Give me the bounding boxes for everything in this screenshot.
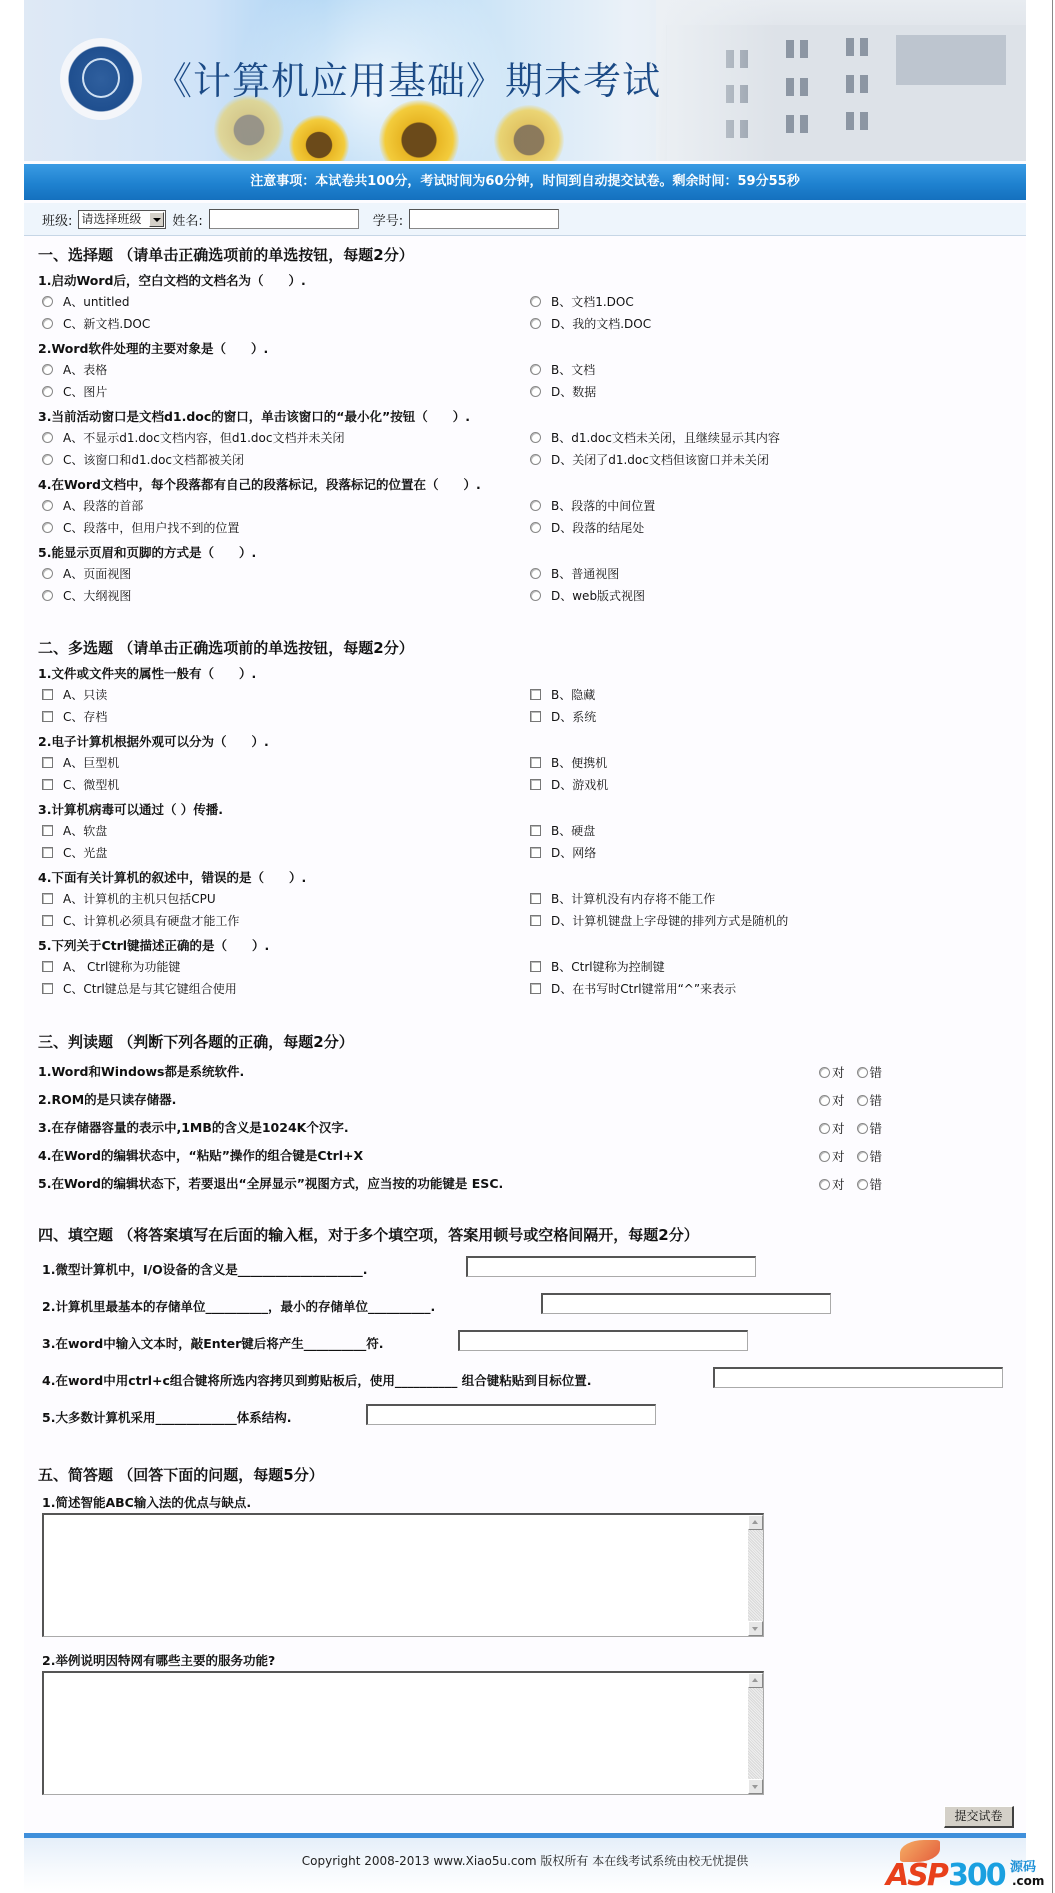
exam-page: 《计算机应用基础》期末考试 注意事项：本试卷共100分，考试时间为60分钟，时间…	[24, 0, 1026, 1893]
header-banner: 《计算机应用基础》期末考试	[24, 0, 1026, 161]
copyright-text: Copyright 2008-2013 www.Xiao5u.com 版权所有 …	[24, 1852, 1026, 1869]
section-title-single-choice: 一、选择题 （请单击正确选项前的单选按钮，每题2分）	[38, 244, 414, 265]
option-d[interactable]: D、关闭了d1.doc文档但该窗口并未关闭	[530, 451, 769, 468]
option-d[interactable]: D、游戏机	[530, 776, 608, 793]
option-d[interactable]: D、计算机键盘上字母键的排列方式是随机的	[530, 912, 788, 929]
radio-button[interactable]	[42, 568, 53, 579]
checkbox[interactable]	[42, 825, 53, 836]
radio-button[interactable]	[530, 522, 541, 533]
question-text: 3.计算机病毒可以通过（ ）传播.	[38, 800, 223, 818]
radio-button[interactable]	[42, 454, 53, 465]
option-c[interactable]: C、图片	[42, 383, 107, 400]
footer: Copyright 2008-2013 www.Xiao5u.com 版权所有 …	[24, 1838, 1026, 1893]
section-hint: （将答案填写在后面的输入框，对于多个填空项，答案用顿号或空格间隔开，每题2分）	[118, 1226, 698, 1244]
answer-textarea[interactable]	[42, 1513, 764, 1637]
student-info-bar: 班级: 请选择班级 姓名: 学号:	[24, 203, 1026, 236]
checkbox[interactable]	[530, 893, 541, 904]
question-text: 3.在word中输入文本时，敲Enter键后将产生__________符.	[42, 1334, 384, 1352]
answer-input[interactable]	[458, 1330, 748, 1351]
true-false-options: 对 错	[819, 1147, 882, 1165]
radio-button[interactable]	[530, 500, 541, 511]
checkbox[interactable]	[530, 847, 541, 858]
radio-button[interactable]	[42, 318, 53, 329]
window-right-border	[1052, 0, 1053, 1893]
campus-building-image	[656, 0, 1026, 161]
radio-true[interactable]	[819, 1179, 830, 1190]
submit-exam-button[interactable]: 提交试卷	[944, 1806, 1014, 1828]
question-text: 3.在存储器容量的表示中,1MB的含义是1024K个汉字.	[38, 1118, 349, 1136]
checkbox[interactable]	[530, 983, 541, 994]
option-b[interactable]: B、文档1.DOC	[530, 293, 634, 310]
student-id-input[interactable]	[409, 209, 559, 229]
answer-input[interactable]	[541, 1293, 831, 1314]
section-title-multi-choice: 二、多选题 （请单击正确选项前的单选按钮，每题2分）	[38, 637, 414, 658]
section-title-true-false: 三、判读题 （判断下列各题的正确，每题2分）	[38, 1031, 354, 1052]
class-select-value: 请选择班级	[81, 212, 141, 226]
answer-textarea[interactable]	[42, 1671, 764, 1795]
radio-false[interactable]	[857, 1067, 868, 1078]
option-a[interactable]: A、页面视图	[42, 565, 131, 582]
checkbox[interactable]	[42, 847, 53, 858]
question-text: 1.微型计算机中，I/O设备的含义是____________________.	[42, 1260, 368, 1278]
question-text: 2.举例说明因特网有哪些主要的服务功能?	[42, 1651, 275, 1669]
question-text: 2.Word软件处理的主要对象是（ ）.	[38, 339, 268, 357]
radio-false[interactable]	[857, 1123, 868, 1134]
checkbox[interactable]	[42, 915, 53, 926]
scroll-up-icon[interactable]	[748, 1673, 763, 1688]
answer-input[interactable]	[466, 1256, 756, 1277]
radio-true[interactable]	[819, 1095, 830, 1106]
radio-button[interactable]	[42, 522, 53, 533]
radio-true[interactable]	[819, 1151, 830, 1162]
checkbox[interactable]	[42, 779, 53, 790]
radio-button[interactable]	[530, 568, 541, 579]
section-hint: （请单击正确选项前的单选按钮，每题2分）	[118, 246, 413, 264]
option-d[interactable]: D、系统	[530, 708, 596, 725]
question-text: 1.启动Word后，空白文档的文档名为（ ）.	[38, 271, 306, 289]
question-text: 4.在Word的编辑状态中，“粘贴”操作的组合键是Ctrl+X	[38, 1146, 363, 1164]
answer-input[interactable]	[713, 1367, 1003, 1388]
student-id-label: 学号:	[373, 210, 403, 229]
question-text: 2.计算机里最基本的存储单位__________，最小的存储单位________…	[42, 1297, 435, 1315]
question-text: 3.当前活动窗口是文档d1.doc的窗口，单击该窗口的“最小化”按钮（ ）.	[38, 407, 470, 425]
option-c[interactable]: C、微型机	[42, 776, 119, 793]
checkbox[interactable]	[530, 711, 541, 722]
radio-button[interactable]	[42, 500, 53, 511]
option-a[interactable]: A、段落的首部	[42, 497, 143, 514]
option-c[interactable]: C、Ctrl键总是与其它键组合使用	[42, 980, 237, 997]
option-a[interactable]: A、计算机的主机只包括CPU	[42, 890, 216, 907]
radio-false[interactable]	[857, 1179, 868, 1190]
sunflower-image	[494, 105, 564, 161]
class-label: 班级:	[42, 210, 72, 229]
option-c[interactable]: C、计算机必须具有硬盘才能工作	[42, 912, 239, 929]
checkbox[interactable]	[530, 779, 541, 790]
question-text: 1.文件或文件夹的属性一般有（ ）.	[38, 664, 256, 682]
section-title-fill-blank: 四、填空题 （将答案填写在后面的输入框，对于多个填空项，答案用顿号或空格间隔开，…	[38, 1224, 699, 1245]
radio-button[interactable]	[530, 386, 541, 397]
option-a[interactable]: A、untitled	[42, 293, 130, 310]
option-d[interactable]: D、在书写时Ctrl键常用“^”来表示	[530, 980, 736, 997]
exam-title: 《计算机应用基础》期末考试	[154, 50, 661, 105]
answer-input[interactable]	[366, 1404, 656, 1425]
scroll-up-icon[interactable]	[748, 1515, 763, 1530]
radio-button[interactable]	[42, 432, 53, 443]
question-text: 5.在Word的编辑状态下，若要退出“全屏显示”视图方式，应当按的功能键是 ES…	[38, 1174, 503, 1192]
section-hint: （回答下面的问题，每题5分）	[118, 1466, 323, 1484]
question-text: 4.下面有关计算机的叙述中，错误的是（ ）.	[38, 868, 306, 886]
radio-button[interactable]	[530, 296, 541, 307]
option-a[interactable]: A、软盘	[42, 822, 107, 839]
chevron-down-icon[interactable]	[149, 212, 164, 227]
option-b[interactable]: B、隐藏	[530, 686, 595, 703]
option-b[interactable]: B、普通视图	[530, 565, 619, 582]
section-hint: （判断下列各题的正确，每题2分）	[118, 1033, 353, 1051]
true-false-options: 对 错	[819, 1063, 882, 1081]
scrollbar[interactable]	[748, 1515, 763, 1636]
option-b[interactable]: B、d1.doc文档未关闭，且继续显示其内容	[530, 429, 780, 446]
true-false-options: 对 错	[819, 1119, 882, 1137]
college-logo	[60, 38, 142, 120]
option-b[interactable]: B、计算机没有内存将不能工作	[530, 890, 715, 907]
checkbox[interactable]	[42, 711, 53, 722]
option-d[interactable]: D、数据	[530, 383, 596, 400]
asp300-logo: ASP 300 源码 .com	[882, 1838, 1052, 1893]
option-a[interactable]: A、不显示d1.doc文档内容，但d1.doc文档并未关闭	[42, 429, 344, 446]
scroll-down-icon[interactable]	[748, 1621, 763, 1636]
radio-button[interactable]	[530, 318, 541, 329]
option-c[interactable]: C、该窗口和d1.doc文档都被关闭	[42, 451, 244, 468]
question-text: 1.简述智能ABC输入法的优点与缺点.	[42, 1493, 251, 1511]
option-d[interactable]: D、段落的结尾处	[530, 519, 644, 536]
option-c[interactable]: C、段落中，但用户找不到的位置	[42, 519, 239, 536]
checkbox[interactable]	[530, 689, 541, 700]
class-select[interactable]: 请选择班级	[78, 210, 166, 229]
radio-button[interactable]	[42, 296, 53, 307]
option-b[interactable]: B、便携机	[530, 754, 607, 771]
question-text: 2.电子计算机根据外观可以分为（ ）.	[38, 732, 269, 750]
radio-button[interactable]	[42, 386, 53, 397]
scroll-down-icon[interactable]	[748, 1779, 763, 1794]
checkbox[interactable]	[42, 757, 53, 768]
question-text: 4.在word中用ctrl+c组合键将所选内容拷贝到剪贴板后，使用_______…	[42, 1371, 592, 1389]
checkbox[interactable]	[42, 961, 53, 972]
option-d[interactable]: D、web版式视图	[530, 587, 645, 604]
question-text: 5.下列关于Ctrl键描述正确的是（ ）.	[38, 936, 269, 954]
checkbox[interactable]	[42, 893, 53, 904]
section-title-short-answer: 五、简答题 （回答下面的问题，每题5分）	[38, 1464, 324, 1485]
checkbox[interactable]	[530, 757, 541, 768]
notice-bar: 注意事项：本试卷共100分，考试时间为60分钟，时间到自动提交试卷。剩余时间：5…	[24, 164, 1026, 200]
option-b[interactable]: B、硬盘	[530, 822, 595, 839]
option-c[interactable]: C、存档	[42, 708, 107, 725]
radio-false[interactable]	[857, 1095, 868, 1106]
radio-false[interactable]	[857, 1151, 868, 1162]
option-c[interactable]: C、光盘	[42, 844, 107, 861]
name-label: 姓名:	[172, 210, 202, 229]
option-c[interactable]: C、新文档.DOC	[42, 315, 150, 332]
true-false-options: 对 错	[819, 1091, 882, 1109]
question-text: 4.在Word文档中，每个段落都有自己的段落标记，段落标记的位置在（ ）.	[38, 475, 481, 493]
question-text: 5.大多数计算机采用_____________体系结构.	[42, 1408, 291, 1426]
checkbox[interactable]	[530, 825, 541, 836]
option-d[interactable]: D、我的文档.DOC	[530, 315, 651, 332]
true-false-options: 对 错	[819, 1175, 882, 1193]
section-hint: （请单击正确选项前的单选按钮，每题2分）	[118, 639, 413, 657]
radio-button[interactable]	[530, 590, 541, 601]
question-text: 2.ROM的是只读存储器.	[38, 1090, 176, 1108]
radio-true[interactable]	[819, 1123, 830, 1134]
option-b[interactable]: B、文档	[530, 361, 595, 378]
option-a[interactable]: A、巨型机	[42, 754, 119, 771]
scrollbar[interactable]	[748, 1673, 763, 1794]
radio-button[interactable]	[530, 432, 541, 443]
option-a[interactable]: A、表格	[42, 361, 107, 378]
radio-button[interactable]	[42, 364, 53, 375]
question-text: 5.能显示页眉和页脚的方式是（ ）.	[38, 543, 256, 561]
radio-button[interactable]	[530, 454, 541, 465]
option-b[interactable]: B、段落的中间位置	[530, 497, 655, 514]
checkbox[interactable]	[530, 915, 541, 926]
option-a[interactable]: A、只读	[42, 686, 107, 703]
checkbox[interactable]	[42, 983, 53, 994]
name-input[interactable]	[209, 209, 359, 229]
radio-true[interactable]	[819, 1067, 830, 1078]
radio-button[interactable]	[530, 364, 541, 375]
option-d[interactable]: D、网络	[530, 844, 596, 861]
checkbox[interactable]	[42, 689, 53, 700]
option-a[interactable]: A、 Ctrl键称为功能键	[42, 958, 180, 975]
option-c[interactable]: C、大纲视图	[42, 587, 131, 604]
question-text: 1.Word和Windows都是系统软件.	[38, 1062, 244, 1080]
option-b[interactable]: B、Ctrl键称为控制键	[530, 958, 665, 975]
checkbox[interactable]	[530, 961, 541, 972]
radio-button[interactable]	[42, 590, 53, 601]
